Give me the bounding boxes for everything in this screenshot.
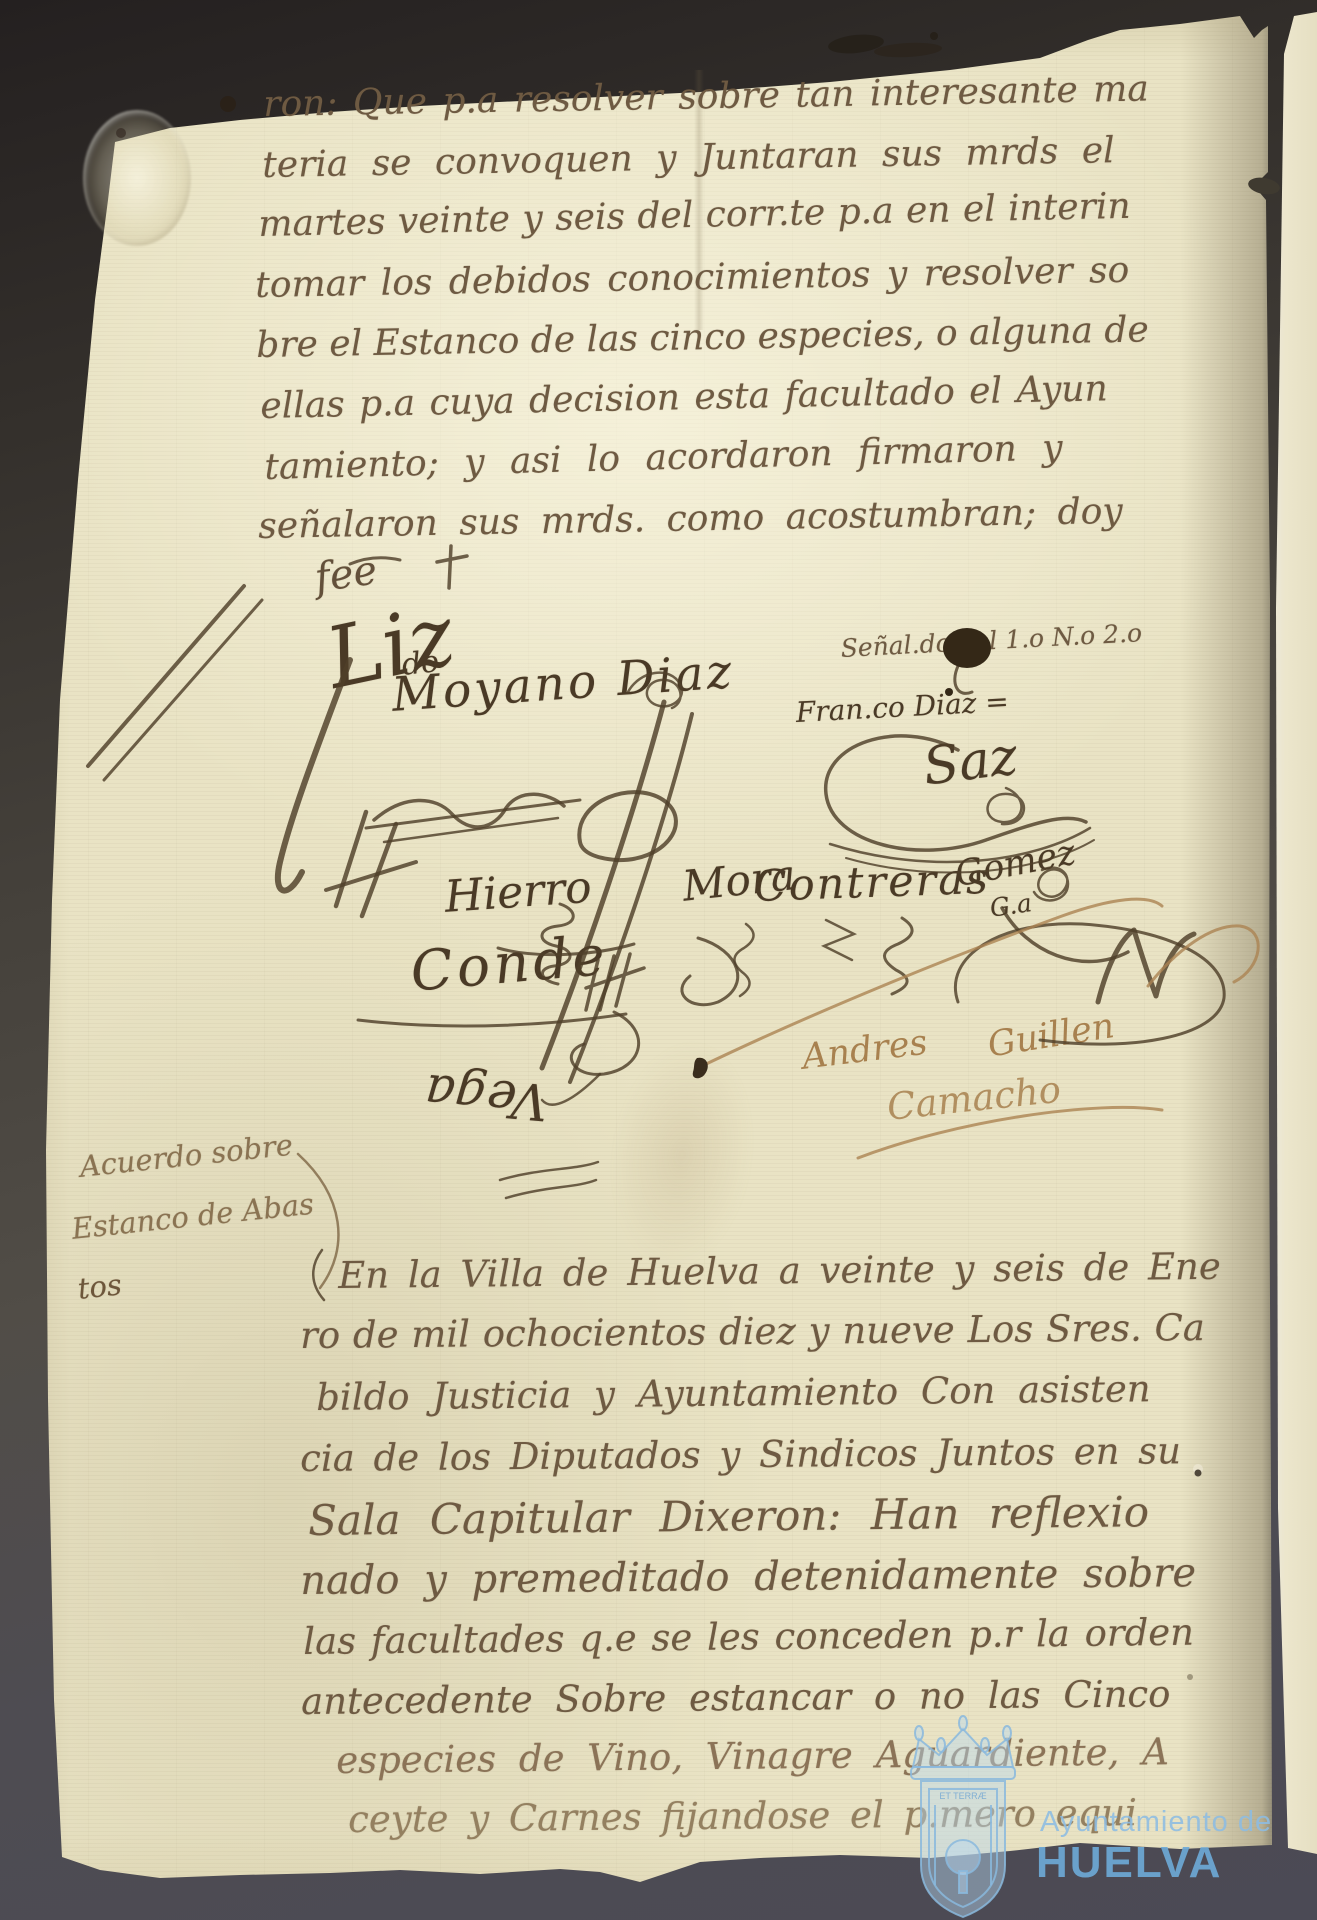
hierro-rubric <box>542 904 573 984</box>
margin-slash-flourish <box>104 600 262 780</box>
saz-loop-flourish <box>826 736 1086 850</box>
vega-underline-flourish <box>500 1162 598 1198</box>
watermark-city-name: HUELVA <box>1036 1838 1222 1888</box>
scanned-manuscript: ron: Que p.a resolver sobre tan interesa… <box>0 0 1317 1920</box>
gomez-m-strokes <box>1098 930 1194 1002</box>
conde-underline <box>358 1014 626 1026</box>
ink-dot <box>220 96 236 112</box>
ink-flourishes-layer <box>0 0 1317 1920</box>
ink-comma-mark <box>693 1058 708 1079</box>
brown-signature-sweep <box>858 1107 1162 1158</box>
diaz-rubric-coil <box>628 673 682 708</box>
shield-band-text: ET TERRÆ <box>939 1791 986 1801</box>
seal-speck <box>116 128 126 138</box>
ink-blot-drip <box>945 688 953 696</box>
moyano-long-stroke <box>570 714 692 1082</box>
cross-mark-stroke <box>437 546 467 588</box>
crown-jewel-icon <box>981 1738 989 1752</box>
crown-jewel-icon <box>959 1716 967 1730</box>
saz-sweep-flourish <box>830 828 1090 862</box>
blot-drip-stroke <box>955 666 972 693</box>
saz-coil-rubric <box>988 788 1024 824</box>
moyano-long-stroke <box>542 702 664 1068</box>
pinhole-blemish <box>1195 1470 1202 1477</box>
top-edge-smudge <box>874 41 943 59</box>
shield-tree-crown <box>946 1840 980 1874</box>
crown-icon <box>913 1729 1013 1767</box>
margin-slash-flourish <box>88 586 244 766</box>
crown-jewel-icon <box>937 1738 945 1752</box>
crown-jewel-icon <box>1003 1726 1011 1740</box>
crown-band <box>911 1767 1015 1779</box>
fee-tilde-stroke <box>350 558 400 564</box>
ink-blot <box>943 628 991 668</box>
top-edge-smudge <box>930 32 938 40</box>
watermark-org-name: Ayuntamiento de <box>1040 1806 1272 1839</box>
crown-jewel-icon <box>915 1726 923 1740</box>
conde-scurl-flourish <box>571 1012 638 1074</box>
shield-tree-trunk <box>959 1871 967 1893</box>
margin-note-bracket <box>298 1154 338 1288</box>
brown-signature-curl <box>1148 926 1258 986</box>
contreras-link-stroke <box>824 920 854 960</box>
paper-blemish <box>1187 1674 1193 1680</box>
gutter-nick <box>1247 175 1281 196</box>
huelva-crest-watermark: ET TERRÆ <box>905 1715 1035 1920</box>
conde-curl-flourish <box>682 938 738 1005</box>
gomez-coil-rubric <box>1034 868 1068 901</box>
body-opening-bracket <box>313 1250 324 1300</box>
liz-descender-stroke <box>278 660 350 891</box>
